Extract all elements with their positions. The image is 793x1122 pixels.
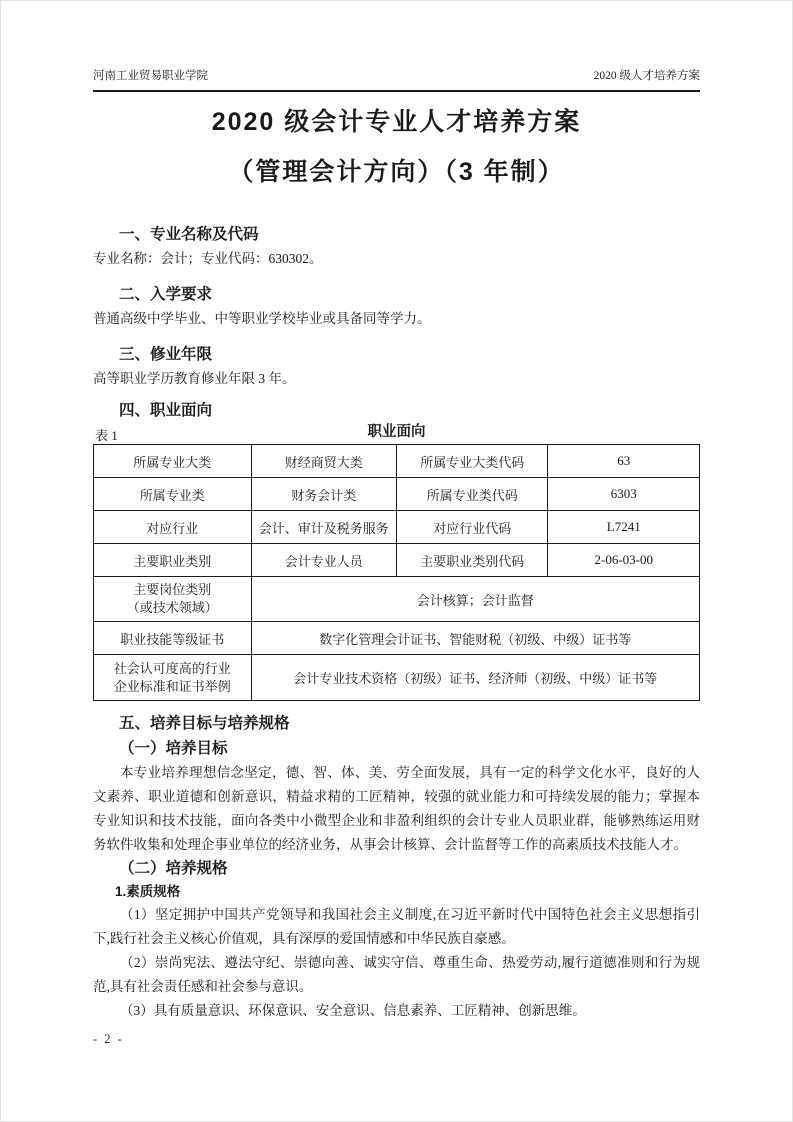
table-cell: 主要职业类别代码 bbox=[396, 544, 548, 577]
table-cell: 63 bbox=[548, 445, 700, 478]
table-cell: 所属专业大类代码 bbox=[396, 445, 548, 478]
table-row: 所属专业类 财务会计类 所属专业类代码 6303 bbox=[94, 478, 700, 511]
quality-specs-heading: 1.素质规格 bbox=[93, 883, 700, 900]
section-body-major-name: 专业名称：会计；专业代码：630302。 bbox=[93, 250, 700, 267]
table-cell-label: 职业技能等级证书 bbox=[94, 622, 252, 655]
table-cell: 所属专业类 bbox=[94, 478, 252, 511]
header-school-name: 河南工业贸易职业学院 bbox=[93, 69, 208, 84]
training-objective-paragraph: 本专业培养理想信念坚定，德、智、体、美、劳全面发展，具有一定的科学文化水平，良好… bbox=[93, 761, 700, 857]
table-row: 对应行业 会计、审计及税务服务 对应行业代码 L7241 bbox=[94, 511, 700, 544]
table-cell: 财务会计类 bbox=[251, 478, 396, 511]
table-caption-row: 表 1 职业面向 bbox=[93, 423, 700, 441]
table-cell-label: 社会认可度高的行业 企业标准和证书举例 bbox=[94, 655, 252, 701]
table-cell: 所属专业类代码 bbox=[396, 478, 548, 511]
table-cell: 2-06-03-00 bbox=[548, 544, 700, 577]
table-cell-label-line1: 社会认可度高的行业 bbox=[98, 660, 247, 678]
table-cell-value: 会计核算；会计监督 bbox=[251, 577, 699, 622]
section-heading-training-goals: 五、培养目标与培养规格 bbox=[93, 714, 700, 733]
page-header: 河南工业贸易职业学院 2020 级人才培养方案 bbox=[93, 69, 700, 92]
table-cell: 主要职业类别 bbox=[94, 544, 252, 577]
career-orientation-table: 所属专业大类 财经商贸大类 所属专业大类代码 63 所属专业类 财务会计类 所属… bbox=[93, 444, 700, 701]
section-heading-study-length: 三、修业年限 bbox=[93, 345, 700, 364]
header-doc-name: 2020 级人才培养方案 bbox=[594, 69, 700, 84]
subsection-heading-training-specs: （二）培养规格 bbox=[93, 859, 700, 878]
table-row: 社会认可度高的行业 企业标准和证书举例 会计专业技术资格（初级）证书、经济师（初… bbox=[94, 655, 700, 701]
table-cell: 财经商贸大类 bbox=[251, 445, 396, 478]
table-row: 主要职业类别 会计专业人员 主要职业类别代码 2-06-03-00 bbox=[94, 544, 700, 577]
table-row: 主要岗位类别 （或技术领域） 会计核算；会计监督 bbox=[94, 577, 700, 622]
table-cell-label: 主要岗位类别 （或技术领域） bbox=[94, 577, 252, 622]
section-heading-career-orientation: 四、职业面向 bbox=[93, 401, 700, 420]
section-body-entry-requirements: 普通高级中学毕业、中等职业学校毕业或具备同等学力。 bbox=[93, 310, 700, 327]
table-row: 职业技能等级证书 数字化管理会计证书、智能财税（初级、中级）证书等 bbox=[94, 622, 700, 655]
table-cell: L7241 bbox=[548, 511, 700, 544]
table-cell: 对应行业代码 bbox=[396, 511, 548, 544]
table-cell: 6303 bbox=[548, 478, 700, 511]
table-cell: 会计、审计及税务服务 bbox=[251, 511, 396, 544]
section-heading-major-name: 一、专业名称及代码 bbox=[93, 225, 700, 244]
section-heading-entry-requirements: 二、入学要求 bbox=[93, 285, 700, 304]
table-cell-label-line2: （或技术领域） bbox=[98, 599, 247, 617]
quality-spec-item-3: （3）具有质量意识、环保意识、安全意识、信息素养、工匠精神、创新思维。 bbox=[93, 999, 700, 1023]
section-body-study-length: 高等职业学历教育修业年限 3 年。 bbox=[93, 370, 700, 387]
table-caption: 职业面向 bbox=[93, 423, 700, 441]
table-cell-value: 数字化管理会计证书、智能财税（初级、中级）证书等 bbox=[251, 622, 699, 655]
page-number: - 2 - bbox=[93, 1032, 124, 1047]
table-cell: 会计专业人员 bbox=[251, 544, 396, 577]
table-cell-label-line2: 企业标准和证书举例 bbox=[98, 678, 247, 696]
document-subtitle: （管理会计方向）（3 年制） bbox=[93, 157, 700, 187]
quality-spec-item-2: （2）崇尚宪法、遵法守纪、崇德向善、诚实守信、尊重生命、热爱劳动,履行道德准则和… bbox=[93, 951, 700, 999]
table-cell: 所属专业大类 bbox=[94, 445, 252, 478]
table-cell-label-line1: 主要岗位类别 bbox=[98, 581, 247, 599]
subsection-heading-training-objective: （一）培养目标 bbox=[93, 739, 700, 758]
document-page: 河南工业贸易职业学院 2020 级人才培养方案 2020 级会计专业人才培养方案… bbox=[0, 0, 793, 1122]
table-row: 所属专业大类 财经商贸大类 所属专业大类代码 63 bbox=[94, 445, 700, 478]
quality-spec-item-1: （1）坚定拥护中国共产党领导和我国社会主义制度,在习近平新时代中国特色社会主义思… bbox=[93, 903, 700, 951]
document-title: 2020 级会计专业人才培养方案 bbox=[93, 107, 700, 137]
table-cell-value: 会计专业技术资格（初级）证书、经济师（初级、中级）证书等 bbox=[251, 655, 699, 701]
table-cell: 对应行业 bbox=[94, 511, 252, 544]
table-number-label: 表 1 bbox=[95, 425, 118, 444]
